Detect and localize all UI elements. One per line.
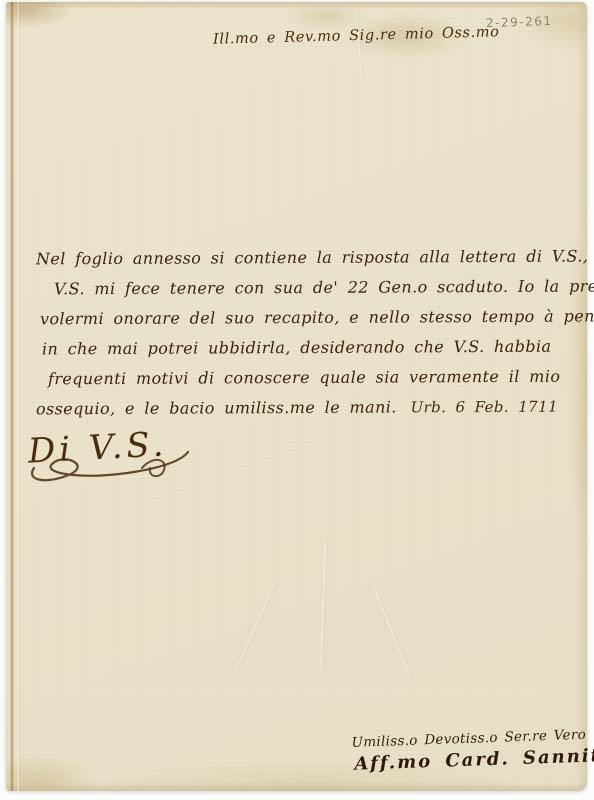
body-line: ossequio, e le bacio umiliss.me le mani. bbox=[36, 392, 397, 424]
body-line: volermi onorare del suo recapito, e nell… bbox=[40, 302, 558, 335]
signature-block: Umiliss.o Devotiss.o Ser.re Vero Aff.mo … bbox=[351, 727, 572, 775]
diagonal-crease-left bbox=[234, 581, 278, 674]
body-line: V.S. mi fece tenere con sua de' 22 Gen.o… bbox=[54, 272, 558, 305]
diagonal-crease-right bbox=[372, 585, 411, 675]
body-line: Nel foglio annesso si contiene la rispos… bbox=[36, 242, 558, 275]
horizontal-crease bbox=[66, 690, 536, 692]
left-fold-crease bbox=[10, 2, 14, 791]
body-line: frequenti motivi di conoscere quale sia … bbox=[48, 362, 558, 395]
dateline: Urb. 6 Feb. 1711 bbox=[410, 392, 558, 423]
center-crease bbox=[320, 540, 329, 670]
scan-background: 2-29-261 Ill.mo e Rev.mo Sig.re mio Oss.… bbox=[0, 0, 594, 800]
body-line-with-dateline: ossequio, e le bacio umiliss.me le mani.… bbox=[36, 392, 558, 425]
body-line: in che mai potrei ubbidirla, desiderando… bbox=[42, 332, 558, 365]
left-fold-highlight bbox=[17, 2, 20, 791]
flourish-swash bbox=[24, 438, 194, 488]
letter-body: Nel foglio annesso si contiene la rispos… bbox=[36, 243, 558, 423]
